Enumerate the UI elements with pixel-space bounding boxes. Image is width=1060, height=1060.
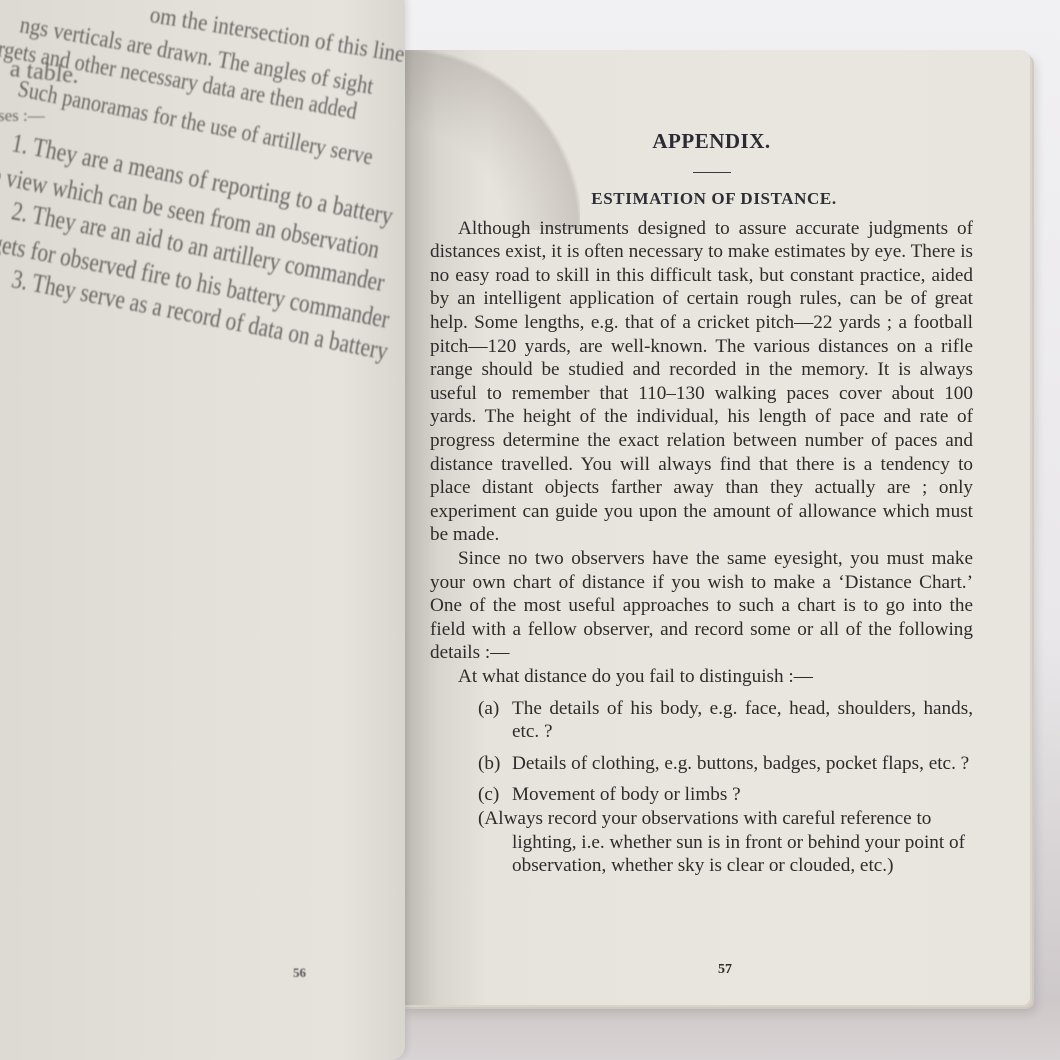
left-page-line: ses :— [0, 106, 45, 126]
paragraph-1: Although instruments designed to assure … [430, 217, 973, 547]
right-page-content: APPENDIX. ESTIMATION OF DISTANCE. Althou… [430, 130, 973, 878]
paragraph-2: Since no two observers have the same eye… [430, 547, 973, 665]
table-surface [380, 1000, 1060, 1060]
list-item-text: Details of clothing, e.g. buttons, badge… [512, 752, 973, 776]
list-marker: (b) [478, 752, 512, 776]
page-number: 56 [293, 965, 306, 981]
list-marker: (a) [478, 697, 512, 744]
right-page: APPENDIX. ESTIMATION OF DISTANCE. Althou… [400, 50, 1030, 1005]
list-item: (c) Movement of body or limbs ? [430, 783, 973, 807]
list-item: (b) Details of clothing, e.g. buttons, b… [430, 752, 973, 776]
list-intro: At what distance do you fail to distingu… [430, 665, 973, 689]
list-item-text: Movement of body or limbs ? [512, 783, 973, 807]
left-page: om the intersection of this line ngs ver… [0, 0, 405, 1060]
observation-note: (Always record your observations with ca… [430, 807, 973, 878]
list-item-text: The details of his body, e.g. face, head… [512, 697, 973, 744]
title-divider [693, 172, 731, 174]
page-number: 57 [400, 962, 1030, 978]
list-item: (a) The details of his body, e.g. face, … [430, 697, 973, 744]
page-title: APPENDIX. [450, 130, 973, 154]
section-title: ESTIMATION OF DISTANCE. [455, 187, 973, 211]
list-marker: (c) [478, 783, 512, 807]
